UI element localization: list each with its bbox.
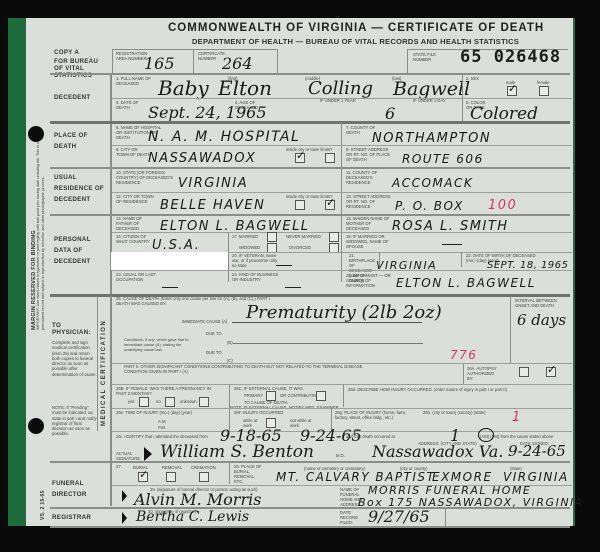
certificate-number: 264 — [222, 54, 253, 73]
spouse-label: 18. IF MARRIED OR WIDOWED, NAME OF SPOUS… — [346, 234, 401, 249]
burial-checkbox[interactable] — [138, 472, 148, 482]
physician-instructions: Complete and sign medical certification … — [52, 340, 97, 377]
full-name-label: 1. FULL NAME OF DECEASED — [116, 76, 156, 86]
father-label: 14. NAME OF FATHER OF DECEASED — [116, 216, 156, 231]
redacted-field — [111, 252, 228, 270]
cemetery: MT. CALVARY BAPTIST — [276, 470, 435, 484]
interval: 6 days — [517, 311, 566, 329]
name-first: Baby — [158, 76, 209, 100]
street-death-label: 9. STREET ADDRESS OR RT. NO. OF PLACE OF… — [346, 147, 391, 162]
margin-note: IMPORTANT: Use black ribbon in typewrite… — [36, 130, 45, 330]
red-mark: 1 — [512, 410, 522, 425]
certificate-subtitle: DEPARTMENT OF HEALTH — BUREAU OF VITAL R… — [192, 37, 519, 46]
street-death: ROUTE 606 — [402, 152, 484, 166]
name-middle2: Colling — [308, 78, 373, 99]
mother-label: 15. MAIDEN NAME OF MOTHER OF DECEASED — [346, 216, 391, 231]
section-usual-residence: USUAL RESIDENCE OF DECEDENT — [54, 172, 104, 205]
fd-arrow-icon — [122, 490, 127, 502]
interval-label: INTERVAL BETWEEN ONSET AND DEATH — [515, 298, 565, 308]
disposition-label: 27. — [116, 464, 122, 469]
occupation-label: 23. USUAL OR LAST OCCUPATION — [116, 272, 161, 282]
state-file-number: 65 026468 — [460, 47, 561, 67]
citizen-label: 16. CITIZEN OF WHAT COUNTRY — [116, 234, 156, 244]
actual-signature-label: ACTUAL SIGNATURE — [116, 451, 144, 461]
punch-hole-bottom — [28, 418, 44, 434]
pm-label: P.M. — [158, 425, 166, 430]
place-burial-label: 28. PLACE OF BURIAL, REMOVAL, ETC. — [234, 464, 264, 484]
section-personal-data: PERSONAL DATA OF DECEDENT — [54, 234, 99, 267]
physician-address: Nassawadox Va. — [372, 442, 503, 461]
burial-city: EXMORE — [432, 470, 493, 484]
age-label: 4. AGE OF DECEASED — [235, 100, 270, 110]
registrar-signature: Bertha C. Lewis — [136, 509, 249, 525]
state-residence: VIRGINIA — [178, 176, 248, 191]
due-to-label-2: DUE TO — [206, 350, 222, 355]
am-label: A.M. — [158, 419, 167, 424]
form-code: VS. 2 15-65 — [38, 490, 49, 520]
injury-occurred-label: 26f. INJURY OCCURRED — [234, 410, 283, 415]
sex-male-checkbox[interactable] — [507, 86, 517, 96]
date-filed-label: DATE RECORD FILED: — [340, 510, 370, 525]
part2-label: PART II. OTHER SIGNIFICANT CONDITIONS CO… — [124, 364, 384, 374]
inside-city-label-1: inside city or town limits? — [286, 147, 332, 152]
certify-label: 26i. I CERTIFY that I attended the decea… — [116, 434, 208, 439]
signature-arrow-icon — [144, 447, 152, 461]
age-under1-label: IF UNDER 1 YEAR — [320, 98, 356, 103]
time-injury-label: 26e. TIME OF INJURY (mo.) (day) (year) — [116, 410, 192, 415]
citizen: U.S.A. — [152, 238, 200, 253]
pregnancy-label: 26b. IF FEMALE, WAS THERE A PREGNANCY IN… — [116, 386, 216, 396]
section-decedent: DECEDENT — [54, 92, 90, 103]
informant-label: 25. INFORMANT — OR SOURCE OF INFORMATION — [346, 273, 391, 288]
business-dash — [285, 287, 301, 288]
hospital: N. A. M. HOSPITAL — [148, 129, 300, 145]
preg-yes-checkbox[interactable] — [139, 397, 149, 407]
residence-inside-city-yes[interactable] — [295, 200, 305, 210]
date-signed: 9-24-65 — [508, 442, 566, 460]
preg-yes-label: yes — [128, 399, 135, 404]
never-married-checkbox[interactable] — [329, 232, 339, 242]
state-residence-label: 10. STATE (OR FOREIGN COUNTRY) OF DECEAS… — [116, 170, 176, 185]
place-injury-label: 26g. PLACE OF INJURY (home, farm, factor… — [335, 410, 415, 420]
burial-state: VIRGINIA — [503, 470, 569, 484]
name-middle: Elton — [218, 76, 272, 100]
veteran-label: 20. IF VETERAN, name war, or if peacetim… — [232, 253, 282, 268]
contributing-label: or CONTRIBUTING — [280, 393, 319, 398]
spouse-dash — [442, 244, 462, 245]
red-code: 776 — [450, 348, 477, 362]
conditions-label: Conditions, if any, which gave rise to i… — [124, 337, 189, 352]
section-registrar: REGISTRAR — [52, 512, 91, 523]
state-file-label: STATE FILE NUMBER — [413, 52, 443, 62]
section-funeral-director: FUNERAL DIRECTOR — [52, 478, 92, 500]
residence-inside-city-no[interactable] — [325, 200, 335, 210]
preg-unknown-label: unknown — [180, 399, 197, 404]
veteran-dash — [276, 265, 292, 266]
date-of-death-label: 3. DATE OF DEATH — [116, 100, 146, 110]
death-inside-city-no[interactable] — [325, 153, 335, 163]
b-label: (B) — [227, 340, 233, 345]
green-binding-strip — [8, 18, 26, 526]
contributing-checkbox[interactable] — [316, 391, 326, 401]
street-residence-number: 100 — [488, 198, 517, 213]
widowed-label: WIDOWED — [239, 245, 260, 250]
county-residence: ACCOMACK — [392, 176, 473, 190]
county-residence-label: 11. COUNTY OF DECEASED'S RESIDENCE — [346, 170, 391, 185]
autopsy-label: 26a. AUTOPSY AUTHORIZED BY: — [467, 366, 497, 381]
married-label: 17. MARRIED — [232, 234, 258, 239]
describe-injury-label: 26d. DESCRIBE HOW INJURY OCCURRED. (ente… — [348, 387, 507, 392]
business-label: 24. KIND OF BUSINESS OR INDUSTRY — [232, 272, 282, 282]
preg-no-checkbox[interactable] — [165, 397, 175, 407]
copy-label: COPY A — [54, 47, 79, 58]
date-filed: 9/27/65 — [368, 507, 430, 526]
city-death: NASSAWADOX — [148, 151, 256, 166]
married-checkbox[interactable] — [267, 232, 277, 242]
md-label: M.D. — [336, 453, 345, 458]
removal-checkbox[interactable] — [166, 472, 176, 482]
city-injury-label: 26h. (city or town) (county) (state) — [423, 410, 486, 415]
street-residence-label: 13. STREET ADDRESS OR RT. NO. OF RESIDEN… — [346, 194, 391, 209]
occupation-dash — [162, 287, 178, 288]
name-last: Bagwell — [393, 78, 470, 100]
registration-area-number: 165 — [144, 54, 175, 73]
death-inside-city-yes[interactable] — [295, 153, 305, 163]
section-place-of-death: PLACE OF DEATH — [54, 130, 99, 152]
removal-label: REMOVAL — [162, 465, 182, 470]
divorced-label: DIVORCED — [289, 245, 311, 250]
city-residence: BELLE HAVEN — [160, 198, 265, 213]
to-physician-label: TO PHYSICIAN: — [52, 322, 92, 336]
informant: ELTON L. BAGWELL — [396, 276, 536, 290]
street-residence: P. O. BOX — [395, 199, 464, 213]
sex-female-checkbox[interactable] — [539, 86, 549, 96]
due-to-label-1: DUE TO — [206, 331, 222, 336]
immediate-cause: Prematurity (2lb 2oz) — [246, 302, 442, 323]
medical-certification-label: MEDICAL CERTIFICATION — [99, 320, 110, 426]
right-green-edge — [573, 18, 575, 526]
immediate-cause-label: IMMEDIATE CAUSE (A) — [182, 319, 227, 324]
am-pm-label: (AM) (PM) from the cause stated above — [480, 434, 553, 439]
pending-note: NOTE: If "Pending" must be indicated, as… — [52, 405, 97, 437]
never-married-label: NEVER MARRIED — [286, 234, 321, 239]
sex-label: 2. SEX — [466, 76, 479, 81]
medical-divider — [97, 296, 98, 431]
autopsy-yes-checkbox[interactable] — [519, 367, 529, 377]
primary-label: PRIMARY — [244, 393, 263, 398]
city-residence-label: 12. CITY OR TOWN OF RESIDENCE — [116, 194, 156, 204]
sex-female-label: female — [537, 80, 550, 85]
autopsy-no-checkbox[interactable] — [546, 367, 556, 377]
copy-sub: FOR BUREAU OF VITAL STATISTICS — [54, 58, 109, 79]
county-death: NORTHAMPTON — [372, 131, 491, 146]
physician-signature: William S. Benton — [160, 442, 314, 462]
city-death-label: 8. CITY OR TOWN OF DEATH — [116, 147, 151, 157]
preg-unknown-checkbox[interactable] — [199, 397, 209, 407]
cremation-label: CREMATION — [191, 465, 216, 470]
certificate-title: COMMONWEALTH OF VIRGINIA — CERTIFICATE O… — [168, 22, 544, 34]
registrar-arrow-icon — [122, 512, 127, 524]
age-under1day-label: IF UNDER 1 DAY — [413, 98, 446, 103]
death-occurred-label: and that death occurred at — [346, 434, 395, 439]
cremation-checkbox[interactable] — [199, 472, 209, 482]
preg-no-label: no — [156, 399, 161, 404]
